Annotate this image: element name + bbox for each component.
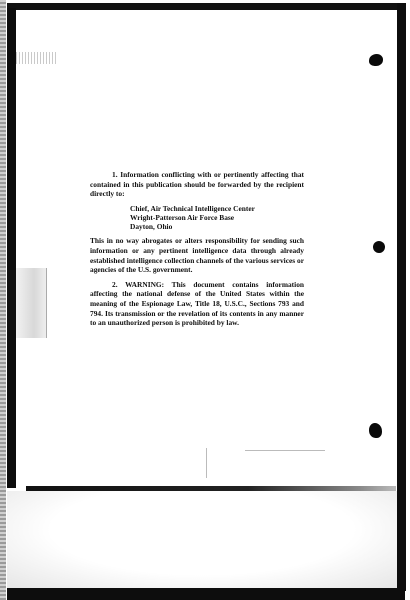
scan-edge	[0, 0, 6, 600]
address-block: Chief, Air Technical Intelligence Center…	[130, 204, 304, 232]
paragraph-1: 1. Information conflicting with or perti…	[90, 170, 304, 199]
punch-hole-bottom	[369, 423, 382, 438]
scan-mark	[206, 448, 207, 478]
punch-hole-top	[369, 54, 383, 66]
scan-border-left	[7, 8, 16, 488]
lower-page-sheet	[7, 491, 397, 588]
scan-border-top	[7, 3, 405, 10]
address-line-2: Wright-Patterson Air Force Base	[130, 213, 304, 222]
paragraph-1-continued: This in no way abrogates or alters respo…	[90, 236, 304, 274]
address-line-3: Dayton, Ohio	[130, 222, 304, 231]
address-line-1: Chief, Air Technical Intelligence Center	[130, 204, 304, 213]
scan-border-bottom	[7, 588, 405, 600]
scan-noise	[16, 52, 56, 64]
binding-clip	[16, 268, 47, 338]
document-body: 1. Information conflicting with or perti…	[90, 170, 304, 328]
punch-hole-middle	[373, 241, 385, 253]
scan-border-right	[397, 3, 406, 591]
warning-paragraph: 2. WARNING: This document contains infor…	[90, 280, 304, 328]
page-separator-band	[26, 486, 396, 491]
scan-mark	[245, 450, 325, 451]
